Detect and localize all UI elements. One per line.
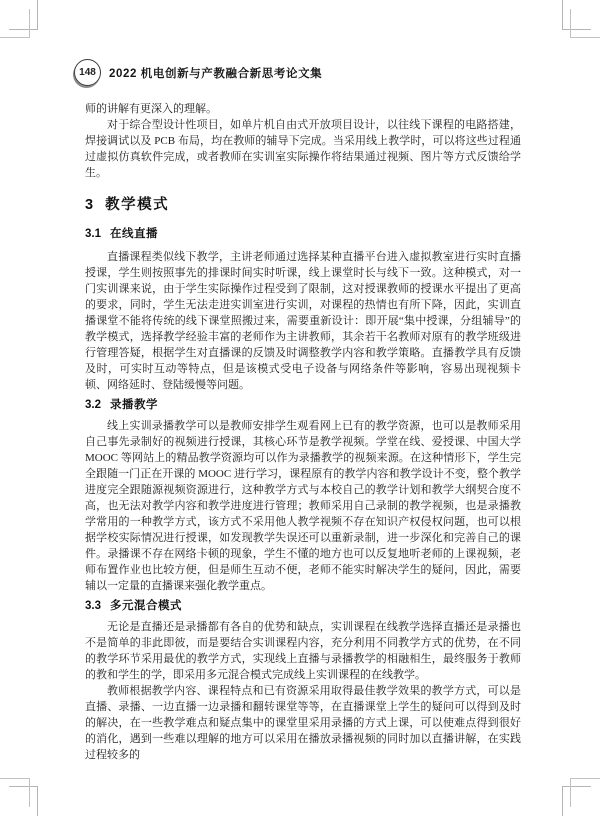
paragraph-continuation: 师的讲解有更深入的理解。 [85,101,521,117]
page-number: 148 [79,67,96,78]
section-number: 3 [85,197,93,213]
paragraph-3-2: 线上实训录播教学可以是教师安排学生观看网上已有的教学资源，也可以是教师采用自己事… [85,418,521,594]
paragraph-3-3-a: 无论是直播还是录播都有各自的优势和缺点，实训课程在线教学选择直播还是录播也不是简… [85,619,521,683]
subsection-heading-3-2: 3.2录播教学 [85,398,521,413]
section-title: 教学模式 [105,197,169,213]
paragraph-intro: 对于综合型设计性项目，如单片机自由式开放项目设计，以往线下课程的电路搭建，焊接调… [85,117,521,181]
subsection-title: 多元混合模式 [110,600,182,612]
crop-mark-icon [0,778,30,807]
subsection-heading-3-3: 3.3多元混合模式 [85,599,521,614]
page-body: 师的讲解有更深入的理解。 对于综合型设计性项目，如单片机自由式开放项目设计，以往… [85,101,521,763]
document-page: 148 2022 机电创新与产教融合新思考论文集 师的讲解有更深入的理解。 对于… [0,0,600,816]
paragraph-3-3-b: 教师根据教学内容、课程特点和已有资源采用取得最佳教学效果的教学方式，可以是直播、… [85,683,521,763]
subsection-heading-3-1: 3.1在线直播 [85,227,521,242]
running-head: 148 2022 机电创新与产教融合新思考论文集 [74,59,322,86]
crop-mark-icon [570,9,600,38]
section-heading-3: 3教学模式 [85,195,521,215]
subsection-title: 在线直播 [110,228,158,240]
subsection-number: 3.2 [85,399,101,411]
paragraph-3-1: 直播课程类似线下教学，主讲老师通过选择某种直播平台进入虚拟教室进行实时直播授课，… [85,249,521,393]
subsection-number: 3.3 [85,600,101,612]
crop-mark-icon [570,778,600,807]
subsection-number: 3.1 [85,228,101,240]
page-number-badge: 148 [74,59,101,86]
subsection-title: 录播教学 [110,399,158,411]
header-title: 2022 机电创新与产教融合新思考论文集 [109,65,322,81]
crop-mark-icon [0,9,30,38]
